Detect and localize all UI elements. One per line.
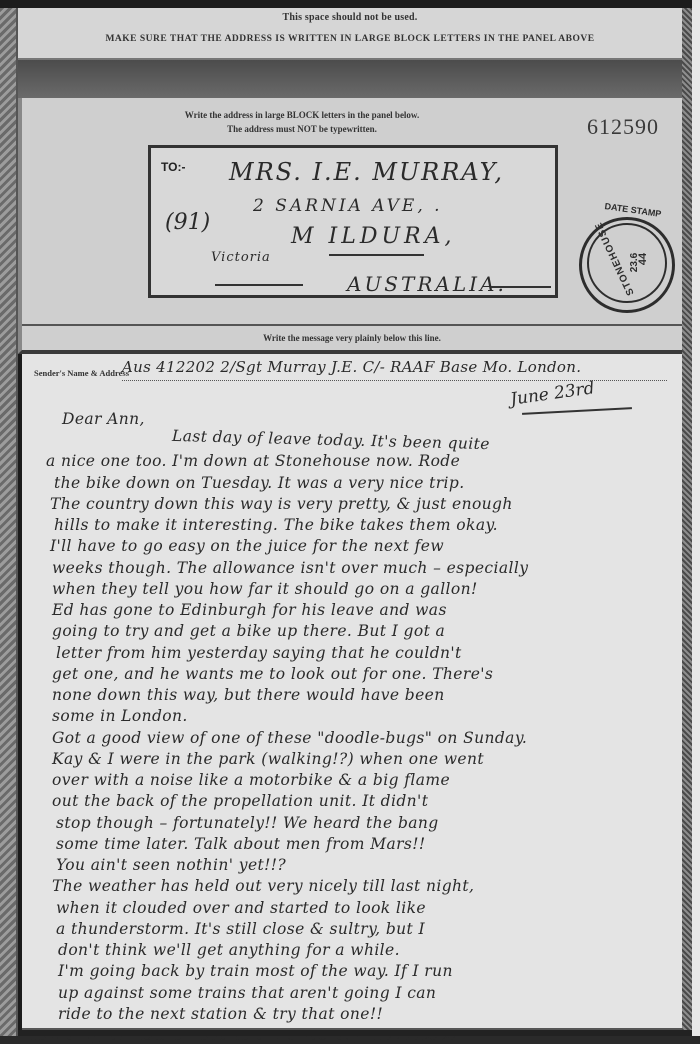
message-area: Sender's Name & Address Aus 412202 2/Sgt… (22, 354, 682, 1028)
letter-line: over with a noise like a motorbike & a b… (52, 771, 450, 789)
address-instruction-2: The address must NOT be typewritten. (22, 124, 582, 134)
letter-line: The weather has held out very nicely til… (52, 877, 474, 895)
recipient-country: AUSTRALIA. (347, 272, 507, 296)
date-underline (522, 407, 632, 415)
sender-value: Aus 412202 2/Sgt Murray J.E. C/- RAAF Ba… (122, 358, 581, 376)
sender-label: Sender's Name & Address (34, 368, 129, 378)
top-instruction-panel: This space should not be used. MAKE SURE… (18, 8, 682, 60)
serial-number: 612590 (587, 114, 659, 140)
letter-line: Got a good view of one of these "doodle-… (52, 729, 527, 747)
town-underline (329, 254, 424, 256)
letter-line: when they tell you how far it should go … (52, 580, 478, 598)
letter-line: stop though – fortunately!! We heard the… (56, 814, 439, 832)
recipient-street: 2 SARNIA AVE, . (253, 196, 443, 216)
address-panel: TO:- (91) MRS. I.E. MURRAY, 2 SARNIA AVE… (148, 145, 558, 298)
letter-line: Dear Ann, (62, 410, 145, 428)
letter-line: ride to the next station & try that one!… (58, 1005, 383, 1023)
letter-line: Last day of leave today. It's been quite (172, 427, 490, 453)
date-stamp: DATE STAMP STONEHOUSE 23.6 44 (569, 205, 673, 309)
recipient-name: MRS. I.E. MURRAY, (229, 158, 504, 186)
letter-line: a nice one too. I'm down at Stonehouse n… (46, 452, 460, 470)
airgraph-letter-form: This space should not be used. MAKE SURE… (0, 0, 700, 1036)
letter-line: weeks though. The allowance isn't over m… (52, 559, 528, 577)
letter-line: I'll have to go easy on the juice for th… (50, 537, 444, 555)
letter-line: Ed has gone to Edinburgh for his leave a… (52, 601, 447, 619)
letter-line: some in London. (52, 707, 188, 725)
letter-line: some time later. Talk about men from Mar… (56, 835, 426, 853)
dark-separator-band (18, 60, 682, 98)
address-code: (91) (165, 210, 210, 235)
letter-line: letter from him yesterday saying that he… (56, 644, 462, 662)
letter-line: going to try and get a bike up there. Bu… (52, 622, 445, 640)
message-instruction-band: Write the message very plainly below thi… (18, 326, 682, 354)
letter-line: You ain't seen nothin' yet!!? (56, 856, 286, 874)
letter-line: out the back of the propellation unit. I… (52, 792, 428, 810)
address-instruction-1: Write the address in large BLOCK letters… (22, 110, 582, 120)
country-dash-right (491, 286, 551, 288)
left-rope-border (0, 8, 18, 1036)
letter-line: when it clouded over and started to look… (56, 899, 426, 917)
letter-line: up against some trains that aren't going… (58, 984, 436, 1002)
address-section: Write the address in large BLOCK letters… (18, 98, 682, 326)
letter-line: The country down this way is very pretty… (50, 495, 513, 513)
right-page-edge (692, 0, 700, 1036)
message-instruction: Write the message very plainly below thi… (22, 333, 682, 343)
recipient-town: M ILDURA, (291, 224, 455, 249)
letter-line: Kay & I were in the park (walking!?) whe… (52, 750, 484, 768)
letter-line: none down this way, but there would have… (52, 686, 445, 704)
recipient-state: Victoria (211, 250, 271, 265)
letter-line: the bike down on Tuesday. It was a very … (54, 474, 465, 492)
to-label: TO:- (161, 160, 185, 174)
country-dash-left (215, 284, 303, 286)
letter-line: hills to make it interesting. The bike t… (54, 516, 498, 534)
letter-date: June 23rd (509, 378, 596, 410)
letter-line: get one, and he wants me to look out for… (52, 665, 493, 683)
letter-line: I'm going back by train most of the way.… (58, 962, 453, 980)
bottom-edge (18, 1030, 692, 1036)
letter-line: a thunderstorm. It's still close & sultr… (56, 920, 425, 938)
top-instruction-1: This space should not be used. (18, 12, 682, 23)
right-rope-border (682, 8, 692, 1036)
letter-line: don't think we'll get anything for a whi… (58, 941, 400, 959)
postmark-year: 44 (637, 253, 649, 265)
top-instruction-2: MAKE SURE THAT THE ADDRESS IS WRITTEN IN… (18, 34, 682, 44)
